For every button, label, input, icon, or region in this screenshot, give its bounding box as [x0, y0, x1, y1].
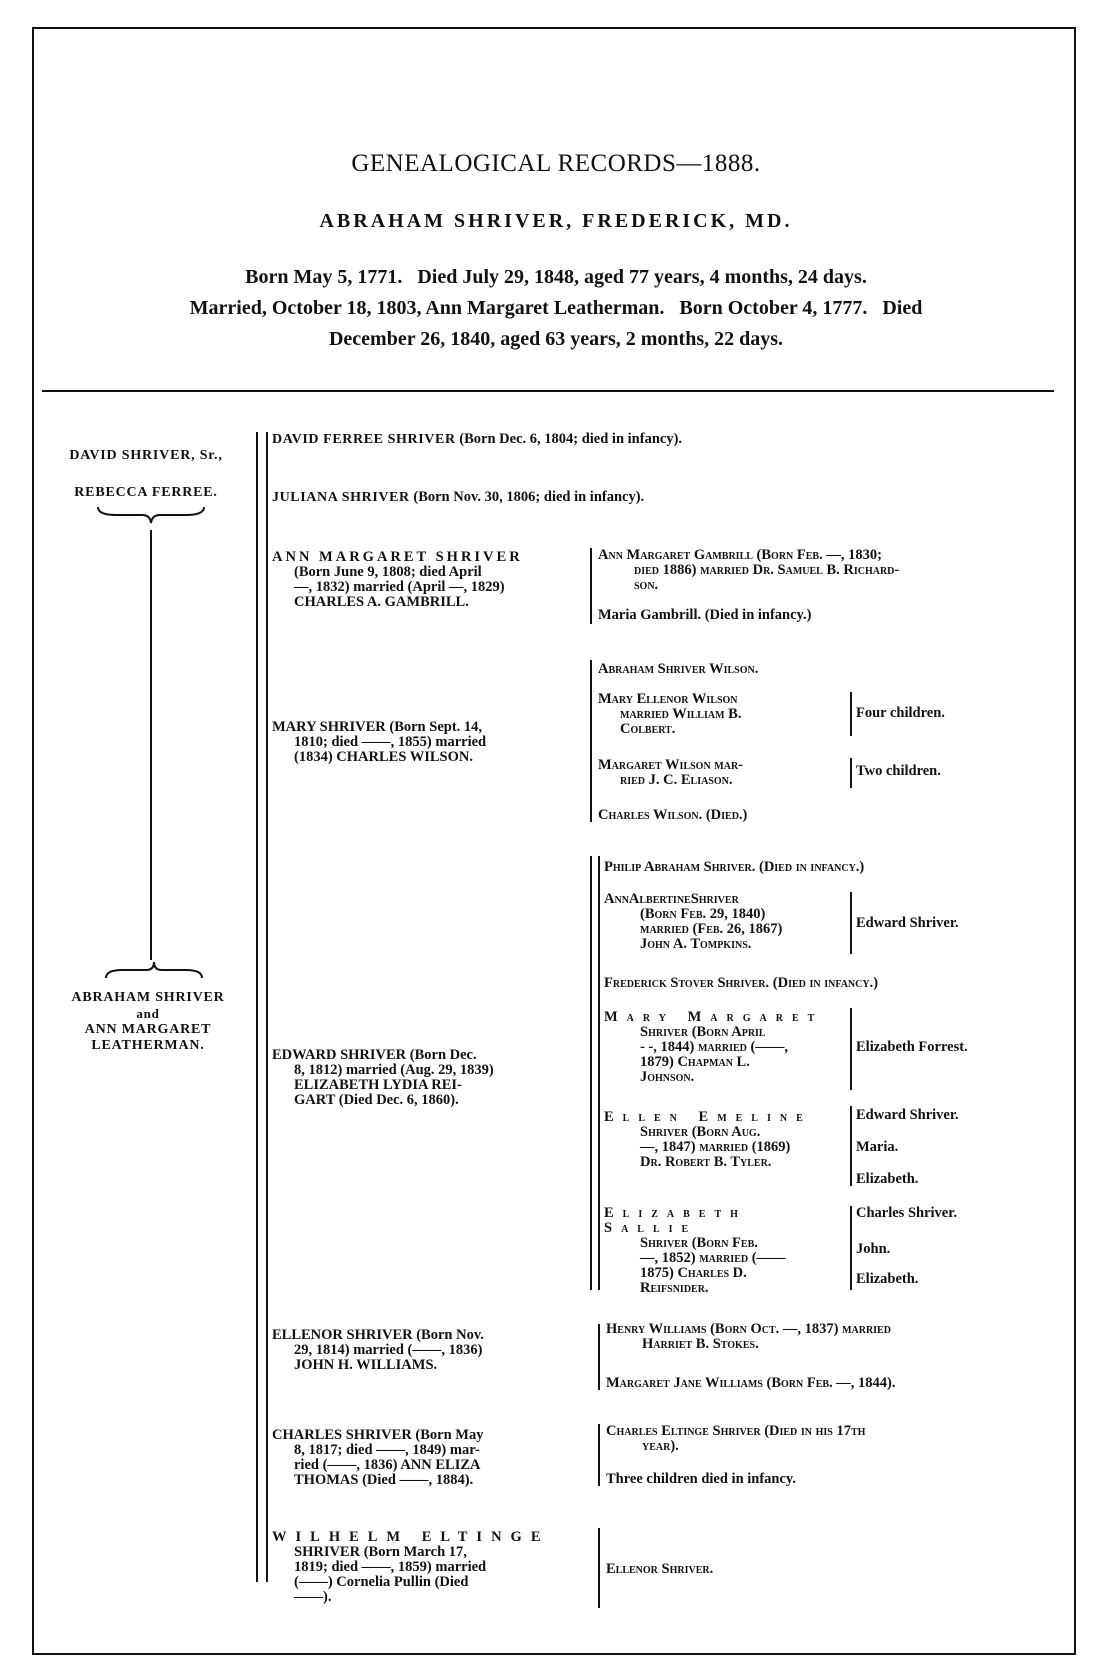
- child-line: ELLENOR SHRIVER (Born Nov.: [272, 1328, 582, 1343]
- offspring-entry: Margaret Wilson mar- ried J. C. Eliason.: [598, 758, 838, 788]
- grandchild-bracket: [850, 758, 852, 788]
- grandchild-entry: Four children.: [856, 706, 945, 721]
- grandchild-bracket: [850, 1106, 852, 1186]
- grandchild-entry: Edward Shriver.: [856, 1108, 959, 1123]
- child-entry: ANN MARGARET SHRIVER (Born June 9, 1808;…: [272, 550, 582, 610]
- offspring-line: Reifsnider.: [604, 1281, 844, 1296]
- offspring-bracket: [590, 660, 592, 822]
- offspring-entry: Ellen Emeline Shriver (Born Aug. —, 1847…: [604, 1110, 844, 1170]
- offspring-line: Johnson.: [604, 1070, 844, 1085]
- biography: Born May 5, 1771. Died July 29, 1848, ag…: [50, 262, 1062, 355]
- offspring-line: Colbert.: [598, 722, 838, 737]
- offspring-line: —, 1847) married (1869): [604, 1140, 844, 1155]
- offspring-line: married William B.: [598, 707, 838, 722]
- offspring-entry: Henry Williams (Born Oct. —, 1837) marri…: [606, 1322, 1076, 1352]
- child-line: 8, 1812) married (Aug. 29, 1839): [272, 1063, 582, 1078]
- bio-line: Married, October 18, 1803, Ann Margaret …: [50, 293, 1062, 324]
- child-line: CHARLES A. GAMBRILL.: [272, 595, 582, 610]
- page-subtitle: ABRAHAM SHRIVER, FREDERICK, MD.: [0, 210, 1112, 233]
- child-line: WILHELM ELTINGE: [272, 1530, 582, 1545]
- offspring-bracket: [598, 1424, 600, 1486]
- child-line: (Born June 9, 1808; died April: [272, 565, 582, 580]
- grandchild-entry: Charles Shriver.: [856, 1206, 957, 1221]
- offspring-line: 1879) Chapman L.: [604, 1055, 844, 1070]
- offspring-line: Margaret Wilson mar-: [598, 758, 838, 773]
- header-divider: [42, 390, 1054, 392]
- grandparent-name: DAVID SHRIVER, Sr.,: [36, 448, 256, 464]
- child-line: 1819; died ——, 1859) married: [272, 1560, 582, 1575]
- offspring-line: John A. Tompkins.: [604, 937, 844, 952]
- offspring-line: Elizabeth Sallie: [604, 1206, 844, 1236]
- offspring-entry: Maria Gambrill. (Died in infancy.): [598, 608, 811, 623]
- child-line: THOMAS (Died ——, 1884).: [272, 1473, 582, 1488]
- offspring-line: Henry Williams (Born Oct. —, 1837) marri…: [606, 1322, 1076, 1337]
- child-line: ried (——, 1836) ANN ELIZA: [272, 1458, 582, 1473]
- bio-line: December 26, 1840, aged 63 years, 2 mont…: [50, 324, 1062, 355]
- child-entry: CHARLES SHRIVER (Born May 8, 1817; died …: [272, 1428, 582, 1488]
- grandchild-entry: Two children.: [856, 764, 941, 779]
- offspring-entry: AnnAlbertineShriver (Born Feb. 29, 1840)…: [604, 892, 844, 952]
- child-line: ELIZABETH LYDIA REI-: [272, 1078, 582, 1093]
- lineage-line: [150, 530, 152, 960]
- child-entry: EDWARD SHRIVER (Born Dec. 8, 1812) marri…: [272, 1048, 582, 1108]
- children-bracket-inner: [266, 432, 268, 1582]
- child-line: ANN MARGARET SHRIVER: [272, 550, 582, 565]
- offspring-line: (Born Feb. 29, 1840): [604, 907, 844, 922]
- child-line: 8, 1817; died ——, 1849) mar-: [272, 1443, 582, 1458]
- offspring-line: Shriver (Born April: [604, 1025, 844, 1040]
- child-line: MARY SHRIVER (Born Sept. 14,: [272, 720, 582, 735]
- offspring-bracket: [598, 1324, 600, 1390]
- grandchild-entry: Maria.: [856, 1140, 898, 1155]
- child-detail: (Born Dec. 6, 1804; died in infancy).: [456, 431, 682, 447]
- child-name: DAVID FERREE SHRIVER: [272, 432, 456, 447]
- offspring-entry: Ellenor Shriver.: [606, 1562, 713, 1577]
- brace-up-icon: [104, 960, 204, 982]
- offspring-entry: Ann Margaret Gambrill (Born Feb. —, 1830…: [598, 548, 1068, 593]
- offspring-bracket-inner: [598, 856, 600, 1290]
- offspring-entry: Mary Ellenor Wilson married William B. C…: [598, 692, 838, 737]
- offspring-line: Harriet B. Stokes.: [606, 1337, 1076, 1352]
- children-bracket: [256, 432, 258, 1582]
- offspring-bracket: [590, 548, 592, 624]
- offspring-entry: Abraham Shriver Wilson.: [598, 662, 758, 677]
- grandchild-bracket: [850, 1206, 852, 1290]
- couple-line: and: [38, 1006, 258, 1022]
- grandparent-name: REBECCA FERREE.: [36, 485, 256, 501]
- child-entry: DAVID FERREE SHRIVER (Born Dec. 6, 1804;…: [272, 432, 682, 447]
- child-line: CHARLES SHRIVER (Born May: [272, 1428, 582, 1443]
- offspring-line: ried J. C. Eliason.: [598, 773, 838, 788]
- child-entry: WILHELM ELTINGE SHRIVER (Born March 17, …: [272, 1530, 582, 1605]
- offspring-entry: Mary Margaret Shriver (Born April - -, 1…: [604, 1010, 844, 1085]
- child-line: EDWARD SHRIVER (Born Dec.: [272, 1048, 582, 1063]
- grandchild-entry: John.: [856, 1242, 890, 1257]
- page-title: GENEALOGICAL RECORDS—1888.: [0, 150, 1112, 178]
- child-line: GART (Died Dec. 6, 1860).: [272, 1093, 582, 1108]
- child-line: (——) Cornelia Pullin (Died: [272, 1575, 582, 1590]
- grandchild-bracket: [850, 1008, 852, 1090]
- offspring-line: Mary Margaret: [604, 1010, 844, 1025]
- offspring-line: son.: [598, 578, 1068, 593]
- child-line: —, 1832) married (April —, 1829): [272, 580, 582, 595]
- offspring-entry: Charles Wilson. (Died.): [598, 808, 747, 823]
- couple-names: ABRAHAM SHRIVER and ANN MARGARET LEATHER…: [38, 990, 258, 1054]
- child-entry: MARY SHRIVER (Born Sept. 14, 1810; died …: [272, 720, 582, 765]
- child-line: 29, 1814) married (——, 1836): [272, 1343, 582, 1358]
- offspring-line: 1875) Charles D.: [604, 1266, 844, 1281]
- child-name: JULIANA SHRIVER: [272, 490, 410, 505]
- offspring-line: —, 1852) married (——: [604, 1251, 844, 1266]
- offspring-line: Mary Ellenor Wilson: [598, 692, 838, 707]
- offspring-line: Shriver (Born Feb.: [604, 1236, 844, 1251]
- offspring-entry: Margaret Jane Williams (Born Feb. —, 184…: [606, 1376, 896, 1391]
- offspring-line: year).: [606, 1439, 1076, 1454]
- offspring-entry: Philip Abraham Shriver. (Died in infancy…: [604, 860, 864, 875]
- offspring-line: Shriver (Born Aug.: [604, 1125, 844, 1140]
- couple-line: ABRAHAM SHRIVER: [38, 990, 258, 1006]
- offspring-line: - -, 1844) married (——,: [604, 1040, 844, 1055]
- offspring-entry: Charles Eltinge Shriver (Died in his 17t…: [606, 1424, 1076, 1454]
- child-entry: JULIANA SHRIVER (Born Nov. 30, 1806; die…: [272, 490, 644, 505]
- offspring-entry: Frederick Stover Shriver. (Died in infan…: [604, 976, 878, 991]
- grandchild-entry: Edward Shriver.: [856, 916, 959, 931]
- grandchild-entry: Elizabeth.: [856, 1172, 918, 1187]
- grandchild-entry: Elizabeth.: [856, 1272, 918, 1287]
- offspring-line: Dr. Robert B. Tyler.: [604, 1155, 844, 1170]
- offspring-entry: Three children died in infancy.: [606, 1472, 796, 1487]
- brace-down-icon: [96, 503, 206, 525]
- grandchild-entry: Elizabeth Forrest.: [856, 1040, 968, 1055]
- offspring-bracket: [590, 856, 592, 1290]
- couple-line: LEATHERMAN.: [38, 1038, 258, 1054]
- child-line: 1810; died ——, 1855) married: [272, 735, 582, 750]
- grandchild-bracket: [850, 692, 852, 736]
- offspring-line: AnnAlbertineShriver: [604, 892, 844, 907]
- offspring-entry: Elizabeth Sallie Shriver (Born Feb. —, 1…: [604, 1206, 844, 1296]
- child-line: JOHN H. WILLIAMS.: [272, 1358, 582, 1373]
- couple-line: ANN MARGARET: [38, 1022, 258, 1038]
- bio-line: Born May 5, 1771. Died July 29, 1848, ag…: [50, 262, 1062, 293]
- offspring-line: married (Feb. 26, 1867): [604, 922, 844, 937]
- child-line: ——).: [272, 1590, 582, 1605]
- offspring-line: Ann Margaret Gambrill (Born Feb. —, 1830…: [598, 548, 1068, 563]
- grandchild-bracket: [850, 892, 852, 954]
- offspring-line: died 1886) married Dr. Samuel B. Richard…: [598, 563, 1068, 578]
- offspring-line: Ellen Emeline: [604, 1110, 844, 1125]
- offspring-bracket: [598, 1528, 600, 1608]
- child-line: SHRIVER (Born March 17,: [272, 1545, 582, 1560]
- child-entry: ELLENOR SHRIVER (Born Nov. 29, 1814) mar…: [272, 1328, 582, 1373]
- child-detail: (Born Nov. 30, 1806; died in infancy).: [410, 489, 644, 505]
- child-line: (1834) CHARLES WILSON.: [272, 750, 582, 765]
- offspring-line: Charles Eltinge Shriver (Died in his 17t…: [606, 1424, 1076, 1439]
